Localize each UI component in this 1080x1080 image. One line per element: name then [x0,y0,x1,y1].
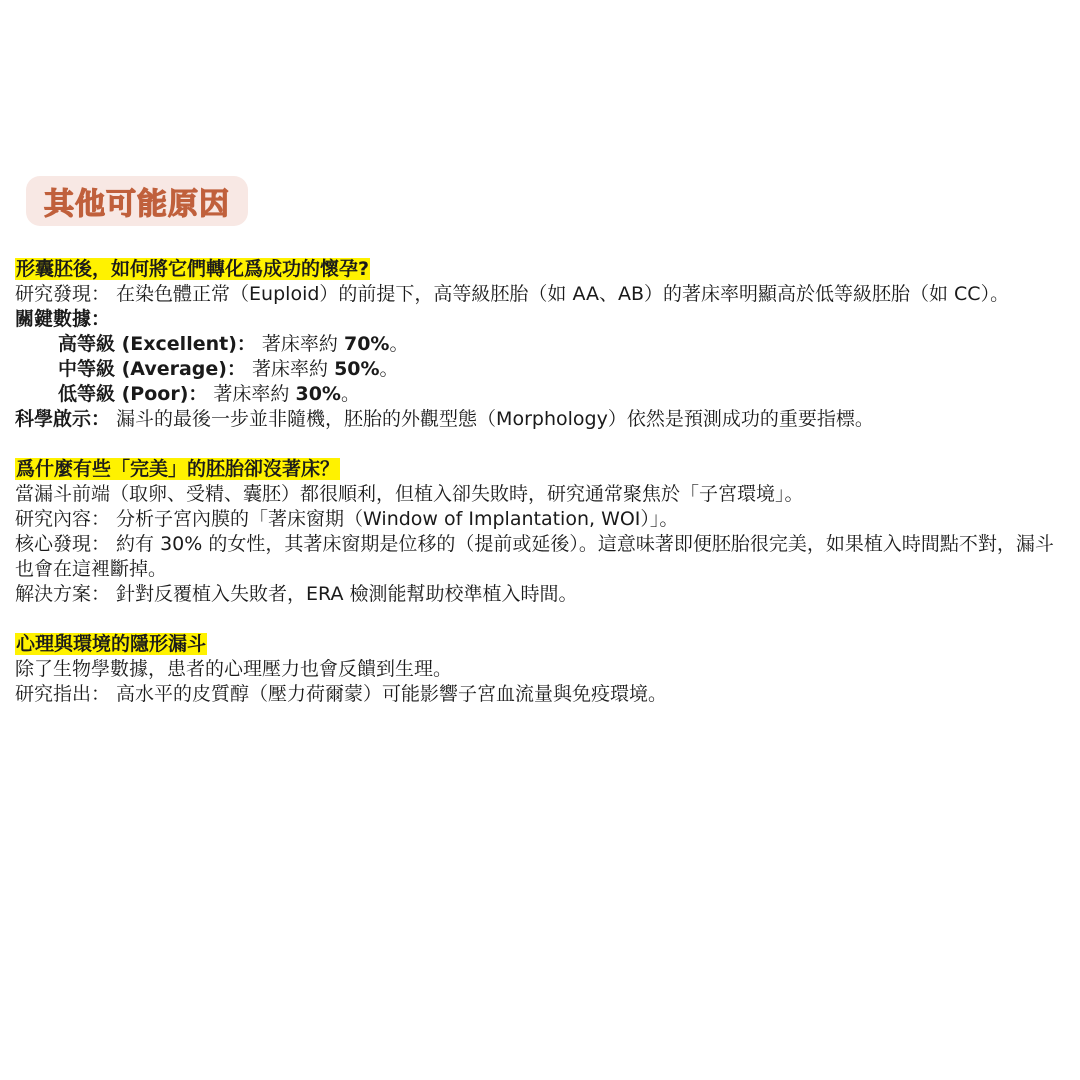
article-body: 形囊胚後，如何將它們轉化爲成功的懷孕? 研究發現： 在染色體正常（Euploid… [15,257,1065,707]
section-heading: 心理與環境的隱形漏斗 [15,632,1065,657]
grade-value: 70% [344,333,389,355]
research-label: 研究指出： [15,683,110,705]
grade-item-average: 中等級 (Average)： 著床率約 50%。 [15,357,1065,382]
spacer [15,432,1065,457]
grade-item-excellent: 高等級 (Excellent)： 著床率約 70%。 [15,332,1065,357]
highlighted-heading: 心理與環境的隱形漏斗 [15,633,207,655]
key-data-label: 關鍵數據： [15,307,1065,332]
insight-text: 漏斗的最後一步並非隨機，胚胎的外觀型態（Morphology）依然是預測成功的重… [110,408,874,430]
solution-paragraph: 解決方案： 針對反覆植入失敗者，ERA 檢測能幫助校準植入時間。 [15,582,1065,607]
page-title: 其他可能原因 [44,179,230,223]
title-badge: 其他可能原因 [26,176,248,226]
solution-text: 針對反覆植入失敗者，ERA 檢測能幫助校準植入時間。 [110,583,578,605]
grade-value: 50% [334,358,379,380]
insight-label: 科學啟示： [15,408,110,430]
research-paragraph: 研究內容： 分析子宮內膜的「著床窗期（Window of Implantatio… [15,507,1065,532]
core-text: 約有 30% 的女性，其著床窗期是位移的（提前或延後）。這意味著即便胚胎很完美，… [15,533,1054,580]
solution-label: 解決方案： [15,583,110,605]
intro-paragraph: 當漏斗前端（取卵、受精、囊胚）都很順利，但植入卻失敗時，研究通常聚焦於「子宮環境… [15,482,1065,507]
research-label: 研究內容： [15,508,110,530]
section-implantation-window: 爲什麼有些「完美」的胚胎卻沒著床？ 當漏斗前端（取卵、受精、囊胚）都很順利，但植… [15,457,1065,607]
grade-label: 中等級 (Average)： [58,358,246,380]
spacer [15,607,1065,632]
section-embryo-grading: 形囊胚後，如何將它們轉化爲成功的懷孕? 研究發現： 在染色體正常（Euploid… [15,257,1065,432]
highlighted-heading: 形囊胚後，如何將它們轉化爲成功的懷孕? [15,258,370,280]
section-psychological-factors: 心理與環境的隱形漏斗 除了生物學數據，患者的心理壓力也會反饋到生理。 研究指出：… [15,632,1065,707]
finding-text: 在染色體正常（Euploid）的前提下，高等級胚胎（如 AA、AB）的著床率明顯… [110,283,1009,305]
research-text: 分析子宮內膜的「著床窗期（Window of Implantation, WOI… [110,508,678,530]
section-heading: 形囊胚後，如何將它們轉化爲成功的懷孕? [15,257,1065,282]
insight-paragraph: 科學啟示： 漏斗的最後一步並非隨機，胚胎的外觀型態（Morphology）依然是… [15,407,1065,432]
research-text: 高水平的皮質醇（壓力荷爾蒙）可能影響子宮血流量與免疫環境。 [110,683,667,705]
research-paragraph: 研究指出： 高水平的皮質醇（壓力荷爾蒙）可能影響子宮血流量與免疫環境。 [15,682,1065,707]
section-heading: 爲什麼有些「完美」的胚胎卻沒著床？ [15,457,1065,482]
core-finding-paragraph: 核心發現： 約有 30% 的女性，其著床窗期是位移的（提前或延後）。這意味著即便… [15,532,1065,582]
grade-label: 高等級 (Excellent)： [58,333,256,355]
finding-paragraph: 研究發現： 在染色體正常（Euploid）的前提下，高等級胚胎（如 AA、AB）… [15,282,1065,307]
core-label: 核心發現： [15,533,110,555]
grade-value: 30% [295,383,340,405]
finding-label: 研究發現： [15,283,110,305]
intro-paragraph: 除了生物學數據，患者的心理壓力也會反饋到生理。 [15,657,1065,682]
grade-item-poor: 低等級 (Poor)： 著床率約 30%。 [15,382,1065,407]
grade-label: 低等級 (Poor)： [58,383,207,405]
highlighted-heading: 爲什麼有些「完美」的胚胎卻沒著床？ [15,458,340,480]
